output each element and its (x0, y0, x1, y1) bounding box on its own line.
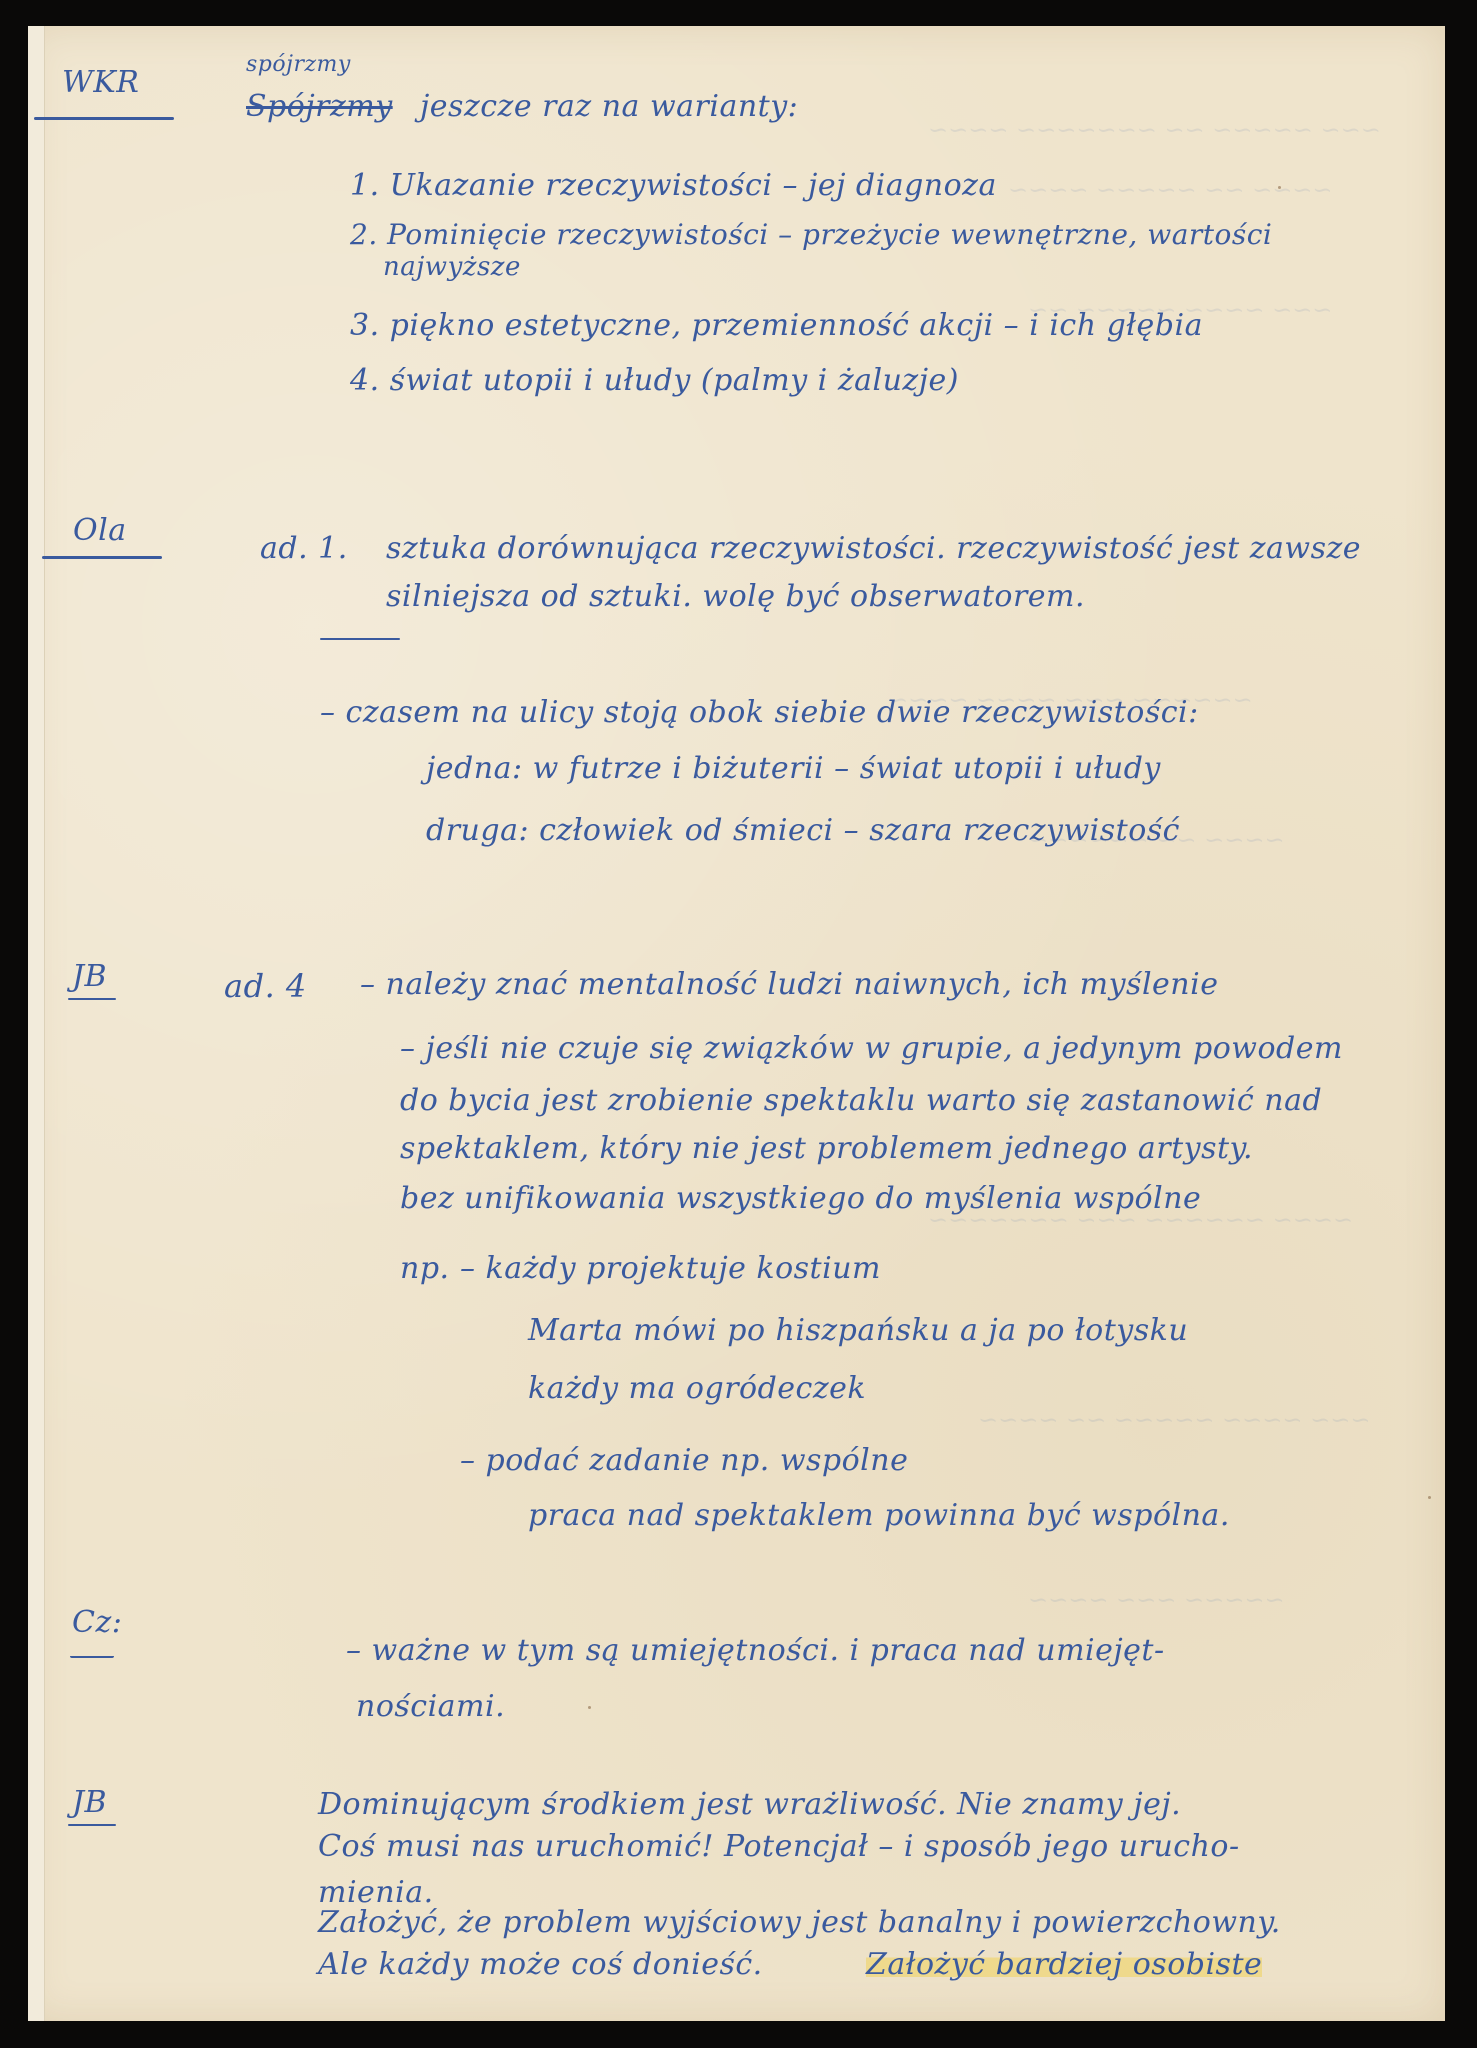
example-line: praca nad spektaklem powinna być wspólna… (528, 1501, 1230, 1531)
text-line: nościami. (356, 1692, 505, 1722)
example-prefix: np. (400, 1254, 450, 1284)
bleed-through-text: ~~~~~ ~~~ ~~~~ (1028, 1586, 1285, 1614)
divider-dash (320, 638, 400, 640)
list-item: 1. Ukazanie rzeczywistości – jej diagnoz… (350, 171, 997, 201)
reference-label: ad. 1. (260, 534, 348, 564)
speaker-label: WKR (62, 68, 139, 98)
text-line: Dominującym środkiem jest wrażliwość. Ni… (318, 1790, 1181, 1820)
example-line: Marta mówi po hiszpańsku a ja po łotysku (528, 1316, 1188, 1346)
bullet-line: – czasem na ulicy stoją obok siebie dwie… (320, 698, 1199, 728)
example-line: każdy ma ogródeczek (528, 1374, 866, 1404)
text-line: – ważne w tym są umiejętności. i praca n… (346, 1636, 1165, 1666)
text-line: do bycia jest zrobienie spektaklu warto … (400, 1086, 1322, 1116)
text-line: spektaklem, który nie jest problemem jed… (400, 1134, 1253, 1164)
speaker-underline (68, 1824, 116, 1826)
speaker-underline (34, 117, 174, 120)
text-line: Założyć, że problem wyjściowy jest banal… (318, 1908, 1281, 1938)
speaker-label: JB (72, 1788, 107, 1818)
speaker-label: JB (72, 962, 107, 992)
speaker-label: Cz: (72, 1608, 122, 1638)
list-item: 2. Pominięcie rzeczywistości – przeżycie… (350, 221, 1272, 249)
list-item: 3. piękno estetyczne, przemienność akcji… (350, 311, 1203, 341)
highlighted-text: Założyć bardziej osobiste (866, 1950, 1262, 1980)
text-line: – jeśli nie czuje się związków w grupie,… (400, 1034, 1343, 1064)
text-line: – należy znać mentalność ludzi naiwnych,… (360, 970, 1218, 1000)
bleed-through-text: ~~~ ~~~~~ ~~ ~~~~~~~ ~~~~ (928, 116, 1381, 144)
list-item-continuation: najwyższe (383, 254, 521, 280)
speaker-label: Ola (73, 516, 127, 546)
text-line: silniejsza od sztuki. wolę być obserwato… (386, 582, 1085, 612)
bleed-through-text: ~~~~ ~~ ~~~~~ ~~~~ (1008, 176, 1333, 204)
speaker-underline (42, 556, 162, 559)
document-page: ~~~ ~~~~~ ~~ ~~~~~~~ ~~~~ ~~~~ ~~ ~~~~~ … (28, 26, 1445, 2021)
example-line: – podać zadanie np. wspólne (460, 1446, 908, 1476)
text-line: mienia. (318, 1878, 434, 1908)
text-line: bez unifikowania wszystkiego do myślenia… (400, 1184, 1201, 1214)
speaker-underline (68, 998, 116, 1000)
reference-label: ad. 4 (224, 970, 307, 1002)
paper-edge-strip (28, 26, 45, 2021)
list-item: 4. świat utopii i ułudy (palmy i żaluzje… (350, 366, 959, 396)
text-line: Ale każdy może coś donieść. (318, 1950, 763, 1980)
crossed-out-word: Spójrzmy (246, 92, 393, 122)
example-line: – każdy projektuje kostium (460, 1254, 881, 1284)
correction-above: spójrzmy (246, 54, 351, 76)
bleed-through-text: ~~~ ~~~~ ~~~~~ ~~ ~~~~ (978, 1406, 1370, 1434)
intro-line: jeszcze raz na warianty: (420, 92, 798, 122)
text-line: Coś musi nas uruchomić! Potencjał – i sp… (318, 1832, 1240, 1862)
paper-speck (1278, 186, 1281, 189)
sub-line: druga: człowiek od śmieci – szara rzeczy… (426, 816, 1180, 846)
sub-line: jedna: w futrze i biżuterii – świat utop… (426, 754, 1161, 784)
speaker-underline (70, 1656, 114, 1658)
paper-speck (1428, 1496, 1431, 1499)
paper-speck (588, 1706, 591, 1709)
text-line: sztuka dorównująca rzeczywistości. rzecz… (386, 534, 1361, 564)
